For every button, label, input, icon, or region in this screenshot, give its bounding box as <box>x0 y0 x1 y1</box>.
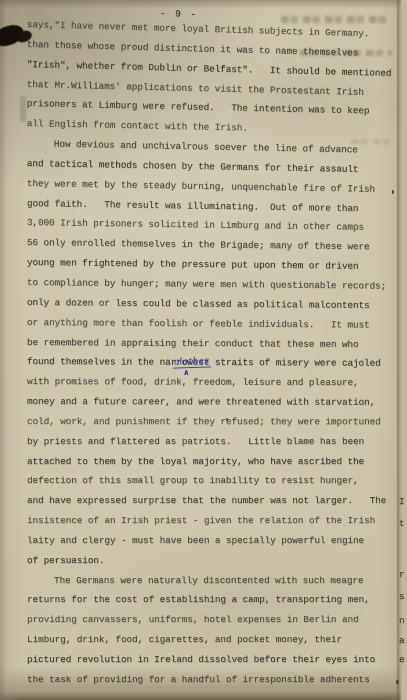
text-line: with promises of food, drink, freedom, l… <box>27 372 393 393</box>
text-line: pictured revolution in Ireland dissolved… <box>27 650 393 670</box>
edge-letter-fragment: s <box>399 591 405 602</box>
text-line: money and a future career, and were thre… <box>27 392 393 413</box>
edge-letter-fragment: I <box>399 496 405 507</box>
text-line: only a dozen or less could be classed as… <box>27 293 393 316</box>
text-line: cold, work, and punishment if they refus… <box>27 412 393 432</box>
edge-letter-fragment: a <box>399 635 405 646</box>
text-line: attached to them by the loyal majority, … <box>27 452 393 472</box>
paragraph: The Germans were naturally discontented … <box>27 571 393 690</box>
edge-letter-fragment: r <box>399 569 405 580</box>
text-line: insistence of an Irish priest - given th… <box>27 511 393 531</box>
text-line: providing canvassers, uniforms, hotel ex… <box>27 610 393 630</box>
text-line: laity and clergy - must have been a spec… <box>27 531 393 551</box>
ink-speck <box>392 190 394 194</box>
text-line: be remembered in appraising their conduc… <box>27 333 393 355</box>
text-line: Limburg, drink, food, cigarettes, and po… <box>27 630 393 650</box>
text-line: and have expressed surprise that the num… <box>27 491 393 511</box>
ink-speck <box>226 418 228 421</box>
insertion-caret-mark: ∧ <box>183 369 190 377</box>
edge-letter-fragment: t <box>399 518 405 529</box>
scanned-typescript-page: { "colors": { "paper": "#cbc3a9", "ink":… <box>0 0 407 700</box>
paragraph: says,"I have never met more loyal Britis… <box>27 15 393 134</box>
paragraph: How devious and unchivalrous soever the … <box>27 134 393 571</box>
text-line: or anything more than foolish or feeble … <box>27 313 393 336</box>
text-line: The Germans were naturally discontented … <box>27 571 393 591</box>
text-line: the task of providing for a handful of i… <box>27 670 393 690</box>
edge-letter-fragment: n <box>399 615 405 626</box>
typewritten-text-block: says,"I have never met more loyal Britis… <box>27 15 393 690</box>
handwritten-insertion-clothes: clothes <box>173 356 211 368</box>
text-line: returns for the cost of establishing a c… <box>27 590 393 610</box>
edge-letter-fragment: e <box>399 654 405 665</box>
text-line: by priests and flattered as patriots. Li… <box>27 432 393 452</box>
text-line: defection of this small group to inabili… <box>27 471 393 491</box>
bleed-through-smudge <box>20 96 26 122</box>
text-line: of persuasion. <box>27 551 393 571</box>
